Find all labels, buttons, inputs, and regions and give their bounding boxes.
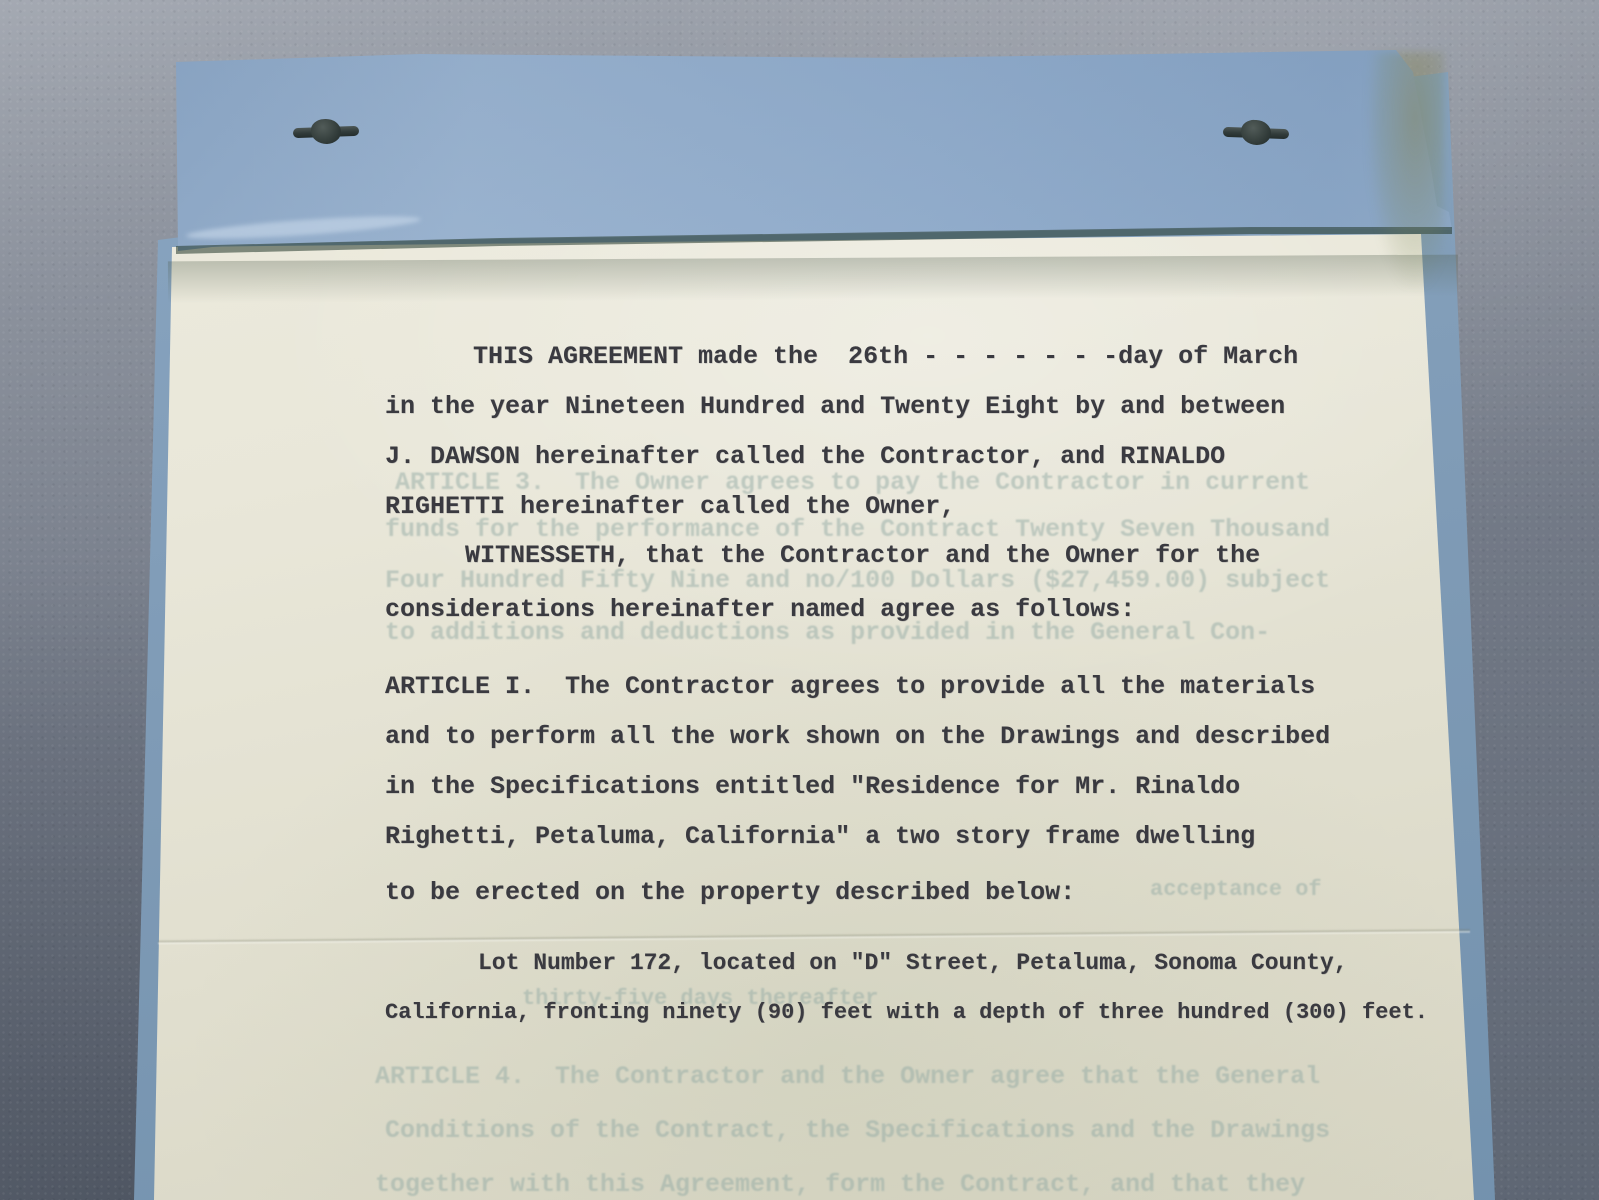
typed-line: J. DAWSON hereinafter called the Contrac…: [385, 442, 1225, 471]
brad-fastener-right: [1223, 118, 1290, 148]
typed-line: WITNESSETH, that the Contractor and the …: [465, 541, 1260, 570]
typed-line: considerations hereinafter named agree a…: [385, 595, 1135, 624]
brad-head: [1241, 119, 1272, 145]
typed-line: in the Specifications entitled "Residenc…: [385, 772, 1240, 801]
bleed-through-line: Four Hundred Fifty Nine and no/100 Dolla…: [385, 566, 1330, 595]
brad-head: [311, 118, 342, 144]
typed-line: in the year Nineteen Hundred and Twenty …: [385, 392, 1285, 421]
bleed-through-line: together with this Agreement, form the C…: [375, 1170, 1305, 1199]
typed-line: Righetti, Petaluma, California" a two st…: [385, 822, 1255, 851]
shadow-under-cover-flap: [168, 255, 1458, 304]
typed-line: to be erected on the property described …: [385, 878, 1075, 907]
typed-line: California, fronting ninety (90) feet wi…: [385, 1000, 1428, 1025]
typed-line: THIS AGREEMENT made the 26th - - - - - -…: [473, 342, 1298, 371]
bleed-through-line: acceptance of: [1150, 877, 1322, 902]
bleed-through-line: ARTICLE 4. The Contractor and the Owner …: [375, 1062, 1320, 1091]
bleed-through-line: Conditions of the Contract, the Specific…: [385, 1116, 1330, 1145]
stain-mark: [1368, 52, 1444, 287]
brad-fastener-left: [293, 117, 360, 147]
typed-line: Lot Number 172, located on "D" Street, P…: [478, 950, 1348, 976]
photo-of-agreement-document: ARTICLE 3. The Owner agrees to pay the C…: [0, 0, 1599, 1200]
typed-line: and to perform all the work shown on the…: [385, 722, 1330, 751]
typed-line: RIGHETTI hereinafter called the Owner,: [385, 492, 955, 521]
typed-line: ARTICLE I. The Contractor agrees to prov…: [385, 672, 1315, 701]
